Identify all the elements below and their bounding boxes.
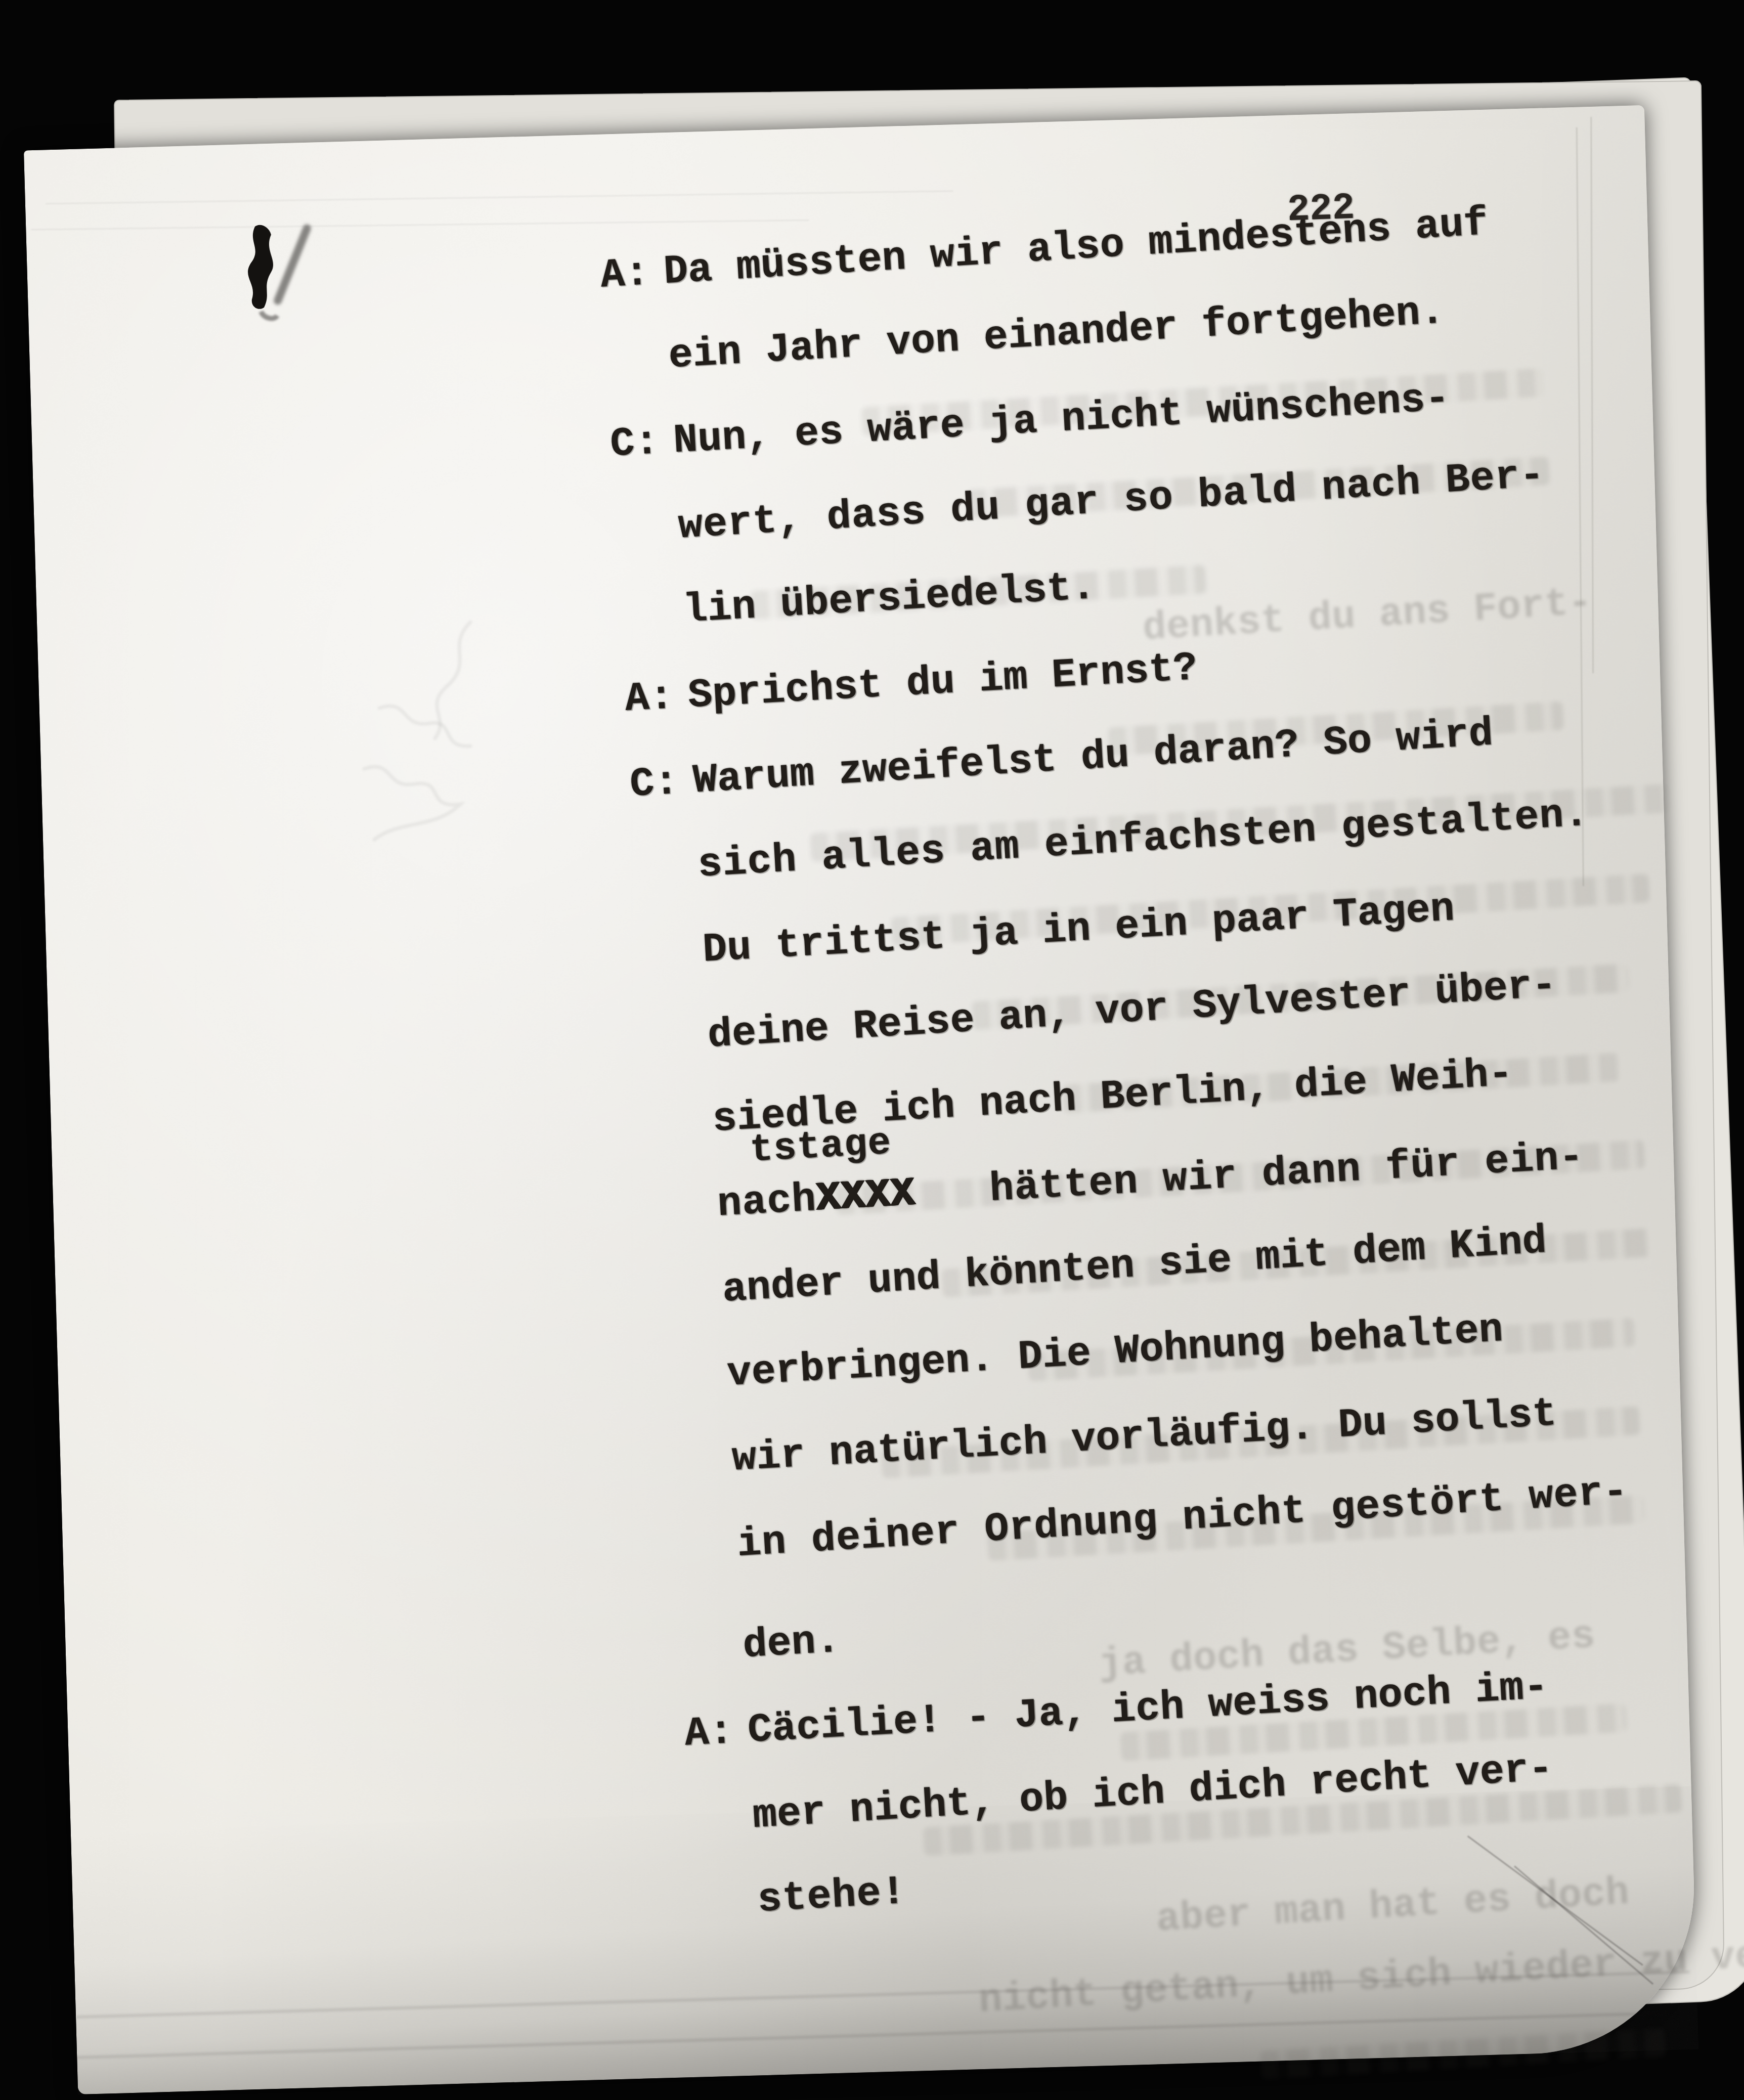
typescript-line: ander und könnten sie mit dem Kind <box>658 1221 1548 1315</box>
typescript-line: Du trittst ja in ein paar Tagen <box>638 889 1455 975</box>
speaker-label: A: <box>599 253 650 297</box>
typescript-line: A:Sprichst du im Ernst? <box>624 648 1198 720</box>
line-text: Cäcilie! - Ja, ich weiss noch im- <box>747 1664 1549 1754</box>
line-text: in deiner Ordnung nicht gestört wer- <box>736 1469 1630 1568</box>
line-text: Du trittst ja in ein paar Tagen <box>702 886 1456 974</box>
typescript-line: wir natürlich vorläufig. Du sollst <box>668 1394 1557 1483</box>
typescript-line: deine Reise an, vor Sylvester über- <box>643 966 1557 1061</box>
typescript-line: lin übersiedelst. <box>619 567 1097 635</box>
typescript-line: mer nicht, ob ich dich recht ver- <box>688 1749 1554 1841</box>
pencil-scribble <box>319 602 536 895</box>
typescript-line: C:Nun, es wäre ja nicht wünschens- <box>609 379 1450 465</box>
paper-crease-line <box>46 191 953 204</box>
typescript-line: wert, dass du gar so bald nach Ber- <box>614 455 1546 551</box>
line-text: stehe! <box>756 1869 907 1924</box>
paper-crease-line <box>31 220 809 230</box>
speaker-label: C: <box>629 762 680 806</box>
page-number: 222 <box>1287 187 1356 232</box>
typescript-line: A:Cäcilie! - Ja, ich weiss noch im- <box>683 1667 1549 1755</box>
line-text: Nun, es wäre ja nicht wünschens- <box>672 376 1451 464</box>
ink-blot-mark <box>229 212 335 339</box>
overstruck-text: XXXX <box>815 1171 917 1222</box>
typescript-line: C:Warum zweifelst du daran? So wird <box>629 714 1494 806</box>
line-text: nach <box>716 1176 818 1228</box>
line-text: Sprichst du im Ernst? <box>687 645 1199 719</box>
typescript-line: nachXXXX hätten wir dann für ein-tstage <box>653 1137 1585 1229</box>
line-text: wert, dass du gar so bald nach Ber- <box>677 452 1546 550</box>
line-text: mer nicht, ob ich dich recht ver- <box>751 1746 1554 1840</box>
line-text: ein Jahr von einander fortgehen. <box>667 289 1446 379</box>
dialogue-text-block: A:Da müssten wir also mindestens aufein … <box>599 198 1688 1972</box>
line-text: hätten wir dann für ein- <box>914 1134 1585 1217</box>
line-text: den. <box>742 1617 841 1669</box>
typescript-line: in deiner Ordnung nicht gestört wer- <box>673 1472 1629 1569</box>
line-text: wir natürlich vorläufig. Du sollst <box>731 1391 1558 1482</box>
line-text: verbringen. Die Wohnung behalten <box>726 1307 1504 1397</box>
typescript-line: ein Jahr von einander fortgehen. <box>604 292 1446 380</box>
speaker-label: A: <box>624 677 674 720</box>
line-text: Warum zweifelst du daran? So wird <box>691 711 1494 804</box>
line-text: lin übersiedelst. <box>682 564 1097 634</box>
typescript-line: sich alles am einfachsten gestalten. <box>634 794 1590 890</box>
line-text: sich alles am einfachsten gestalten. <box>696 791 1590 888</box>
typescript-line: den. <box>679 1621 841 1670</box>
speaker-label: A: <box>683 1712 734 1755</box>
inserted-correction: tstage <box>749 1124 892 1170</box>
speaker-label: C: <box>609 422 660 465</box>
typescript-line: stehe! <box>693 1872 907 1925</box>
scanner-background: denkst du ans Fort-ja doch das Selbe, es… <box>0 0 1744 2100</box>
line-text: ander und könnten sie mit dem Kind <box>721 1218 1548 1314</box>
line-text: deine Reise an, vor Sylvester über- <box>706 963 1557 1059</box>
typescript-line: verbringen. Die Wohnung behalten <box>663 1310 1504 1398</box>
